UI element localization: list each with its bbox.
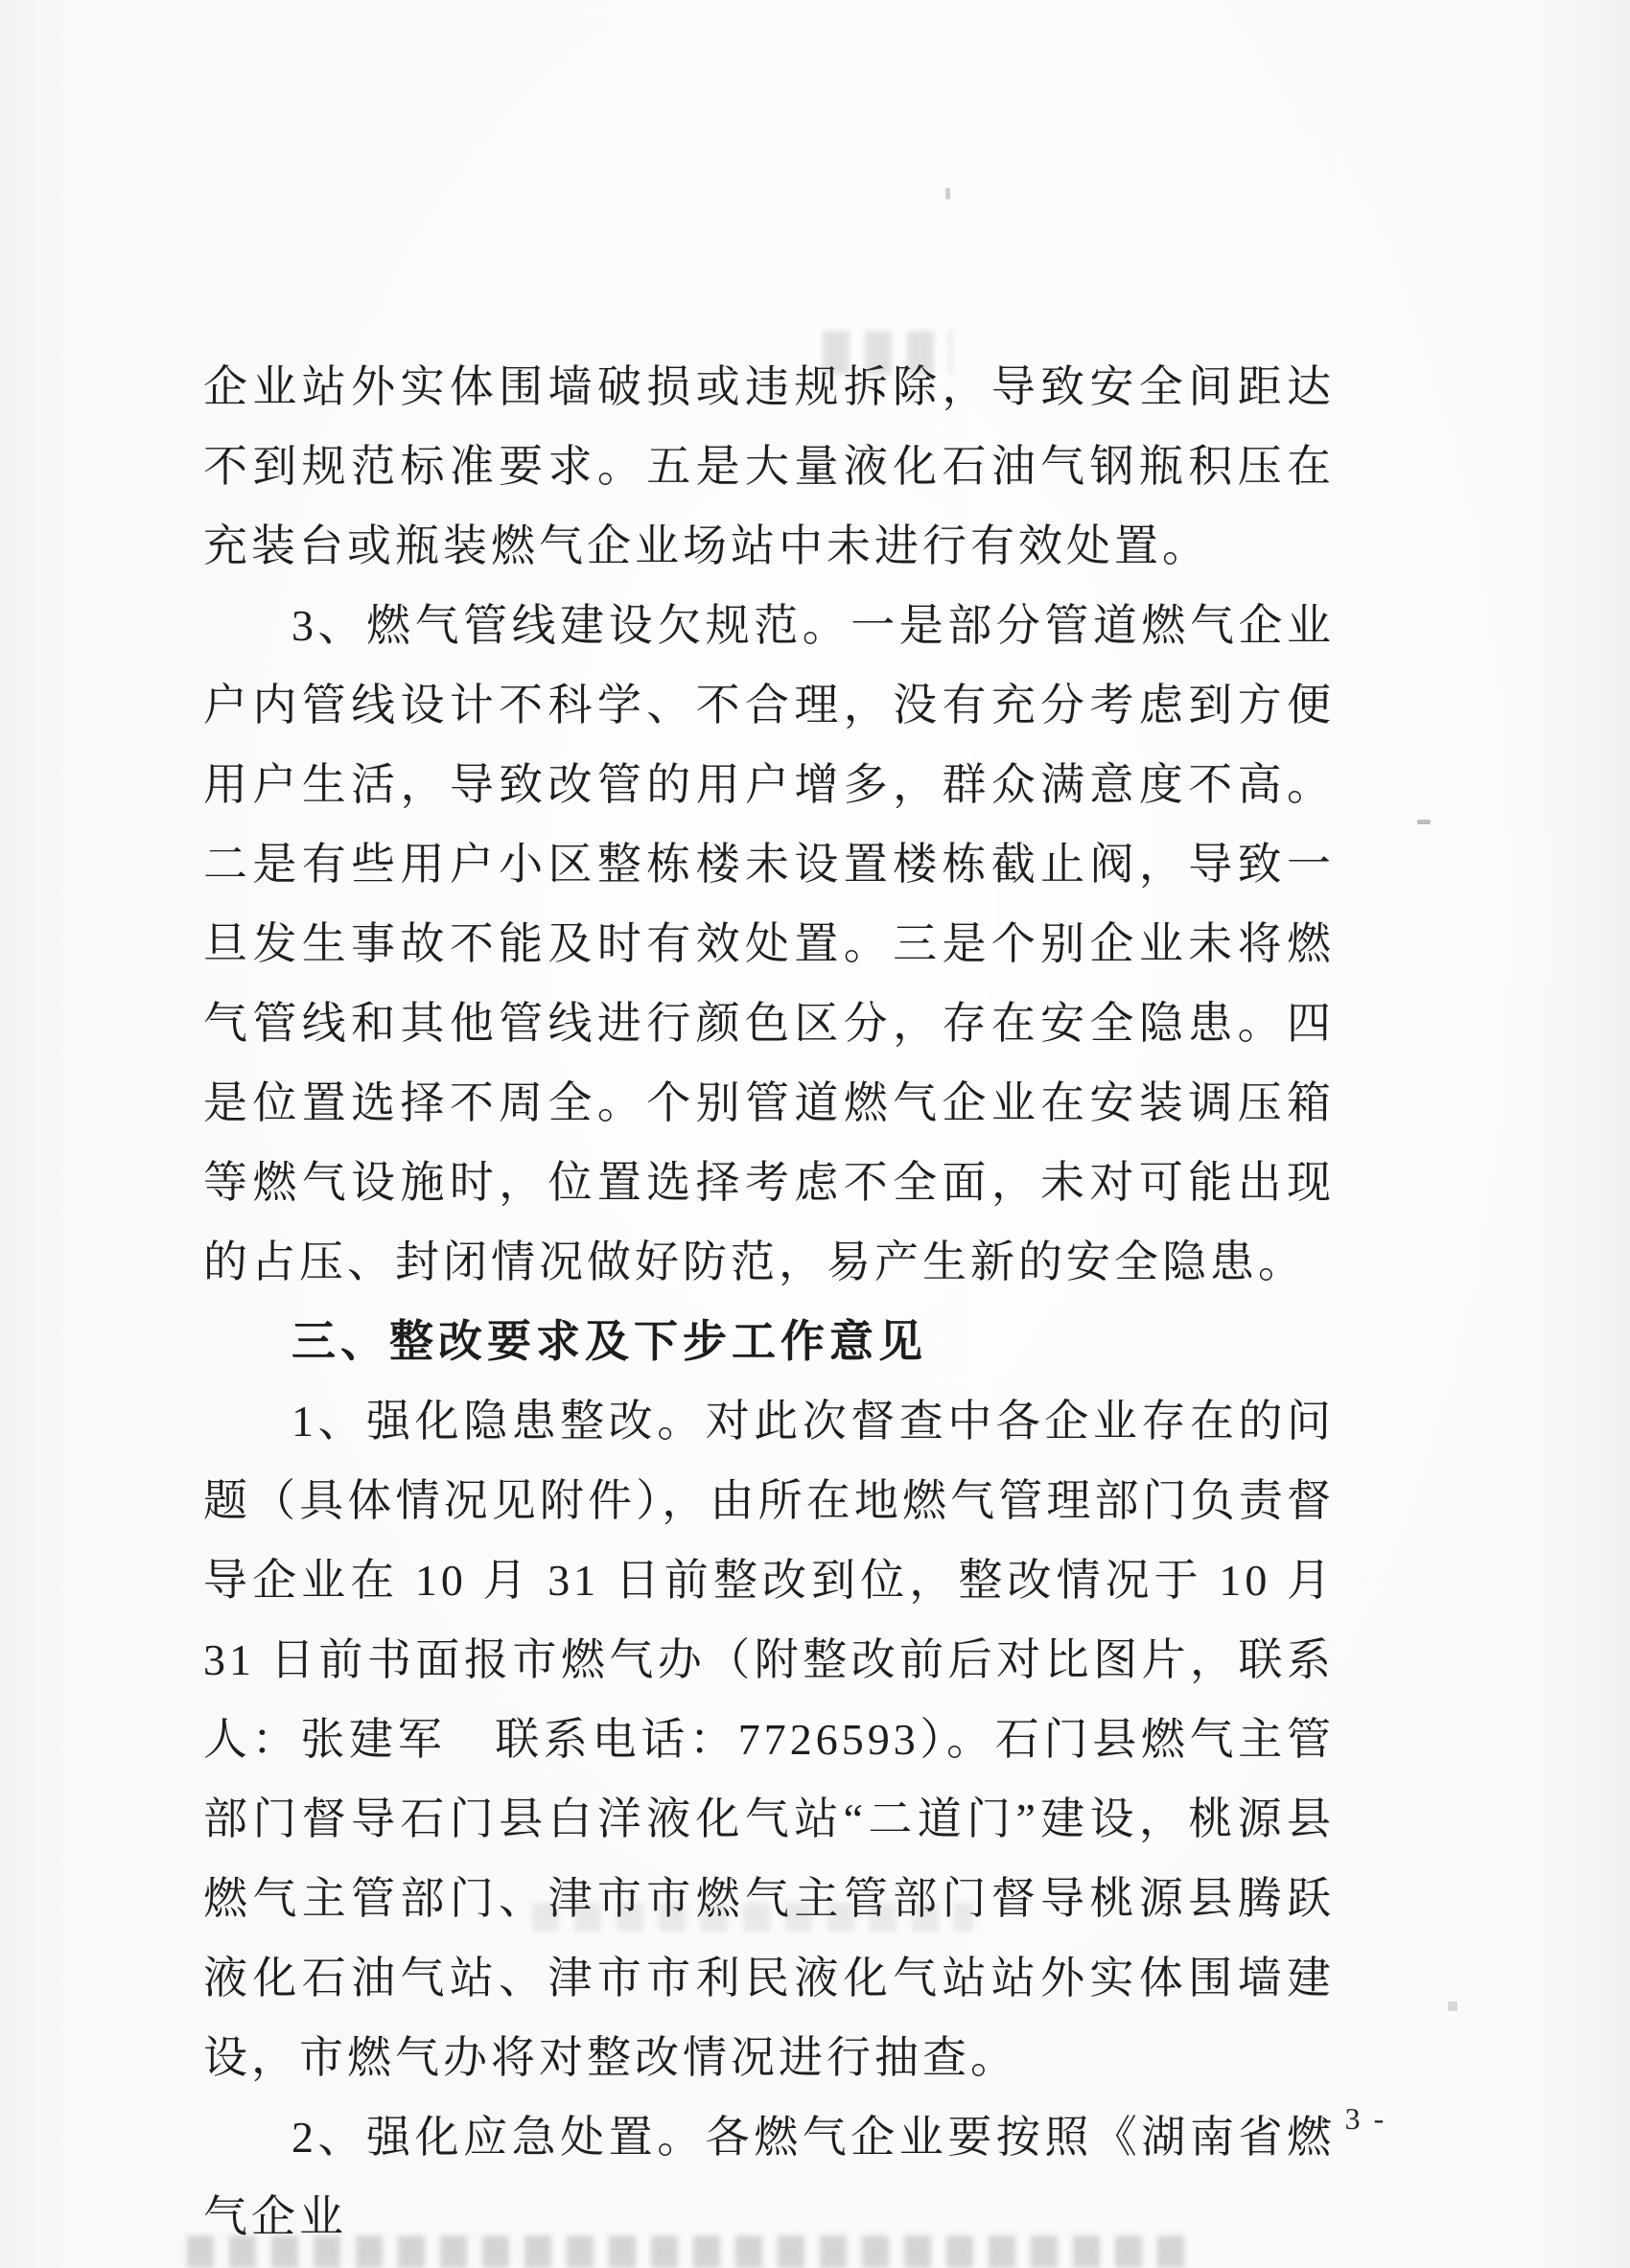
scanned-document-page: 企业站外实体围墙破损或违规拆除，导致安全间距达不到规范标准要求。五是大量液化石油… (0, 0, 1630, 2268)
scan-speck (1448, 2002, 1457, 2011)
paragraph: 企业站外实体围墙破损或违规拆除，导致安全间距达不到规范标准要求。五是大量液化石油… (203, 347, 1335, 586)
page-number: - 3 - (1321, 2101, 1386, 2137)
paragraph: 2、强化应急处置。各燃气企业要按照《湖南省燃气企业 (203, 2097, 1335, 2256)
document-body-text: 企业站外实体围墙破损或违规拆除，导致安全间距达不到规范标准要求。五是大量液化石油… (203, 347, 1335, 2256)
section-heading: 三、整改要求及下步工作意见 (203, 1302, 1335, 1381)
paragraph: 3、燃气管线建设欠规范。一是部分管道燃气企业户内管线设计不科学、不合理，没有充分… (203, 586, 1335, 1302)
scan-speck (1417, 820, 1431, 824)
paragraph: 1、强化隐患整改。对此次督查中各企业存在的问题（具体情况见附件），由所在地燃气管… (203, 1381, 1335, 2097)
scan-speck (945, 188, 950, 199)
